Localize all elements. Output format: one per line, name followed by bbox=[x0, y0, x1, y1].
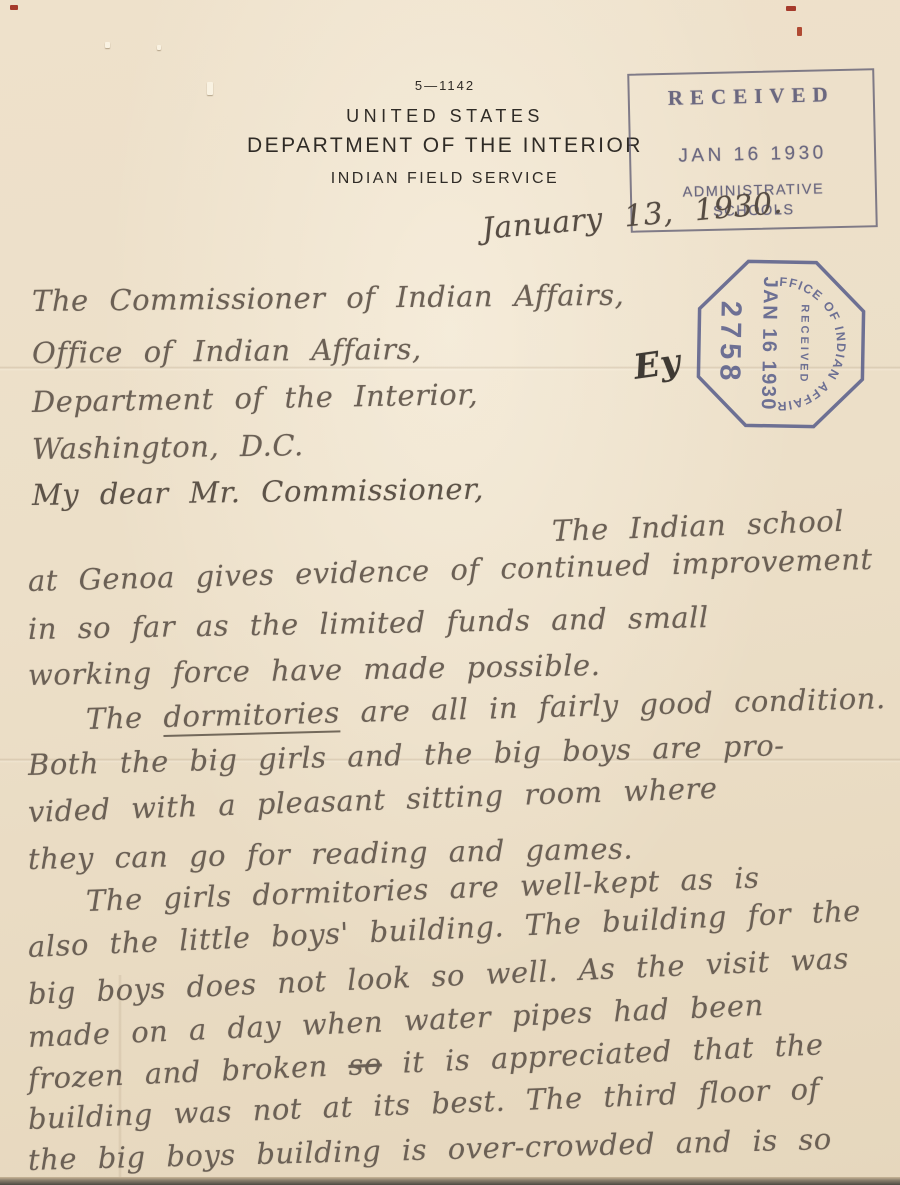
underlined-word: dormitories bbox=[163, 695, 340, 737]
stamp-received-text: RECEIVED bbox=[630, 81, 874, 112]
stamp-number: 2758 bbox=[713, 301, 746, 386]
handwriting-line: working force have made possible. bbox=[28, 648, 601, 692]
stamp-date: JAN 16 1930 bbox=[757, 276, 781, 411]
struck-word: so bbox=[348, 1047, 383, 1082]
stamp-arc-text: OFFICE OF INDIAN AFFAIRS bbox=[775, 257, 868, 415]
page-bottom-edge bbox=[0, 1177, 900, 1185]
salutation: My dear Mr. Commissioner, bbox=[32, 472, 484, 512]
octagon-stamp-graphic: OFFICE OF INDIAN AFFAIRS RECEIVED JAN 16… bbox=[694, 257, 869, 432]
recipient-line: Washington, D.C. bbox=[32, 428, 304, 466]
line-text: The bbox=[86, 700, 164, 736]
svg-text:OFFICE OF INDIAN AFFAIRS: OFFICE OF INDIAN AFFAIRS bbox=[775, 257, 868, 415]
handwriting-line: in so far as the limited funds and small bbox=[28, 600, 709, 646]
office-of-indian-affairs-stamp: OFFICE OF INDIAN AFFAIRS RECEIVED JAN 16… bbox=[694, 257, 869, 432]
handwriting-line: The Indian school bbox=[551, 504, 844, 548]
recipient-line: The Commissioner of Indian Affairs, bbox=[32, 278, 625, 318]
clerk-initials: Ey bbox=[631, 342, 683, 388]
paper-fleck bbox=[797, 27, 802, 36]
line-text: are all in fairly good condition. bbox=[339, 681, 886, 729]
stamp-received-text: RECEIVED bbox=[797, 304, 810, 384]
paper-speck bbox=[105, 42, 110, 48]
recipient-line: Department of the Interior, bbox=[32, 377, 479, 419]
handwriting-line: at Genoa gives evidence of continued imp… bbox=[28, 542, 873, 598]
handwriting-line: vided with a pleasant sitting room where bbox=[27, 771, 718, 829]
paper-fleck bbox=[786, 6, 796, 11]
letter-page: 5—1142 UNITED STATES DEPARTMENT OF THE I… bbox=[0, 0, 900, 1185]
paper-speck bbox=[157, 45, 161, 50]
recipient-line: Office of Indian Affairs, bbox=[32, 332, 422, 370]
stamp-date: JAN 16 1930 bbox=[631, 141, 874, 169]
paper-fleck bbox=[10, 5, 18, 10]
line-text: frozen and broken bbox=[27, 1048, 349, 1096]
